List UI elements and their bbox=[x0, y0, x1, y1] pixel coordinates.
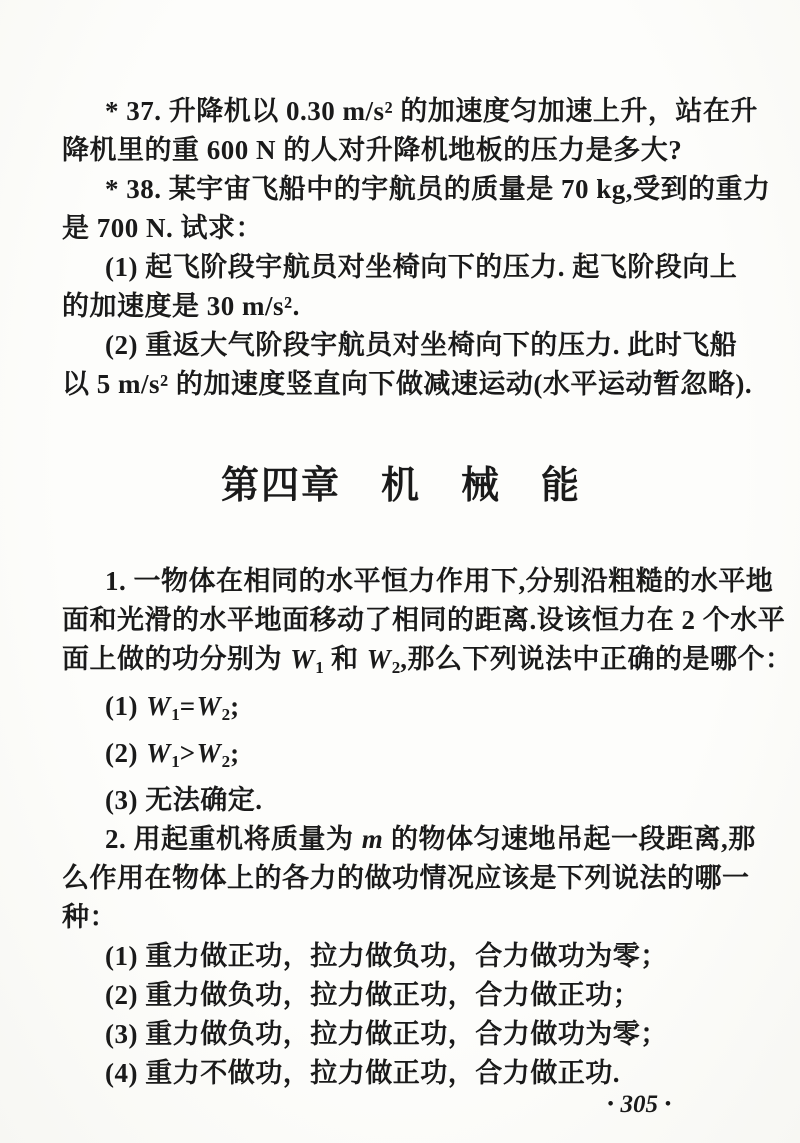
math-var-w: W bbox=[196, 738, 222, 768]
math-var-w: W bbox=[289, 644, 315, 674]
problem-38-line-1: * 38. 某宇宙飞船中的宇航员的质量是 70 kg,受到的重力 bbox=[62, 170, 740, 209]
math-subscript-2: 2 bbox=[392, 658, 401, 677]
math-var-w: W bbox=[145, 691, 171, 721]
problem-2-line-2: 么作用在物体上的各力的做功情况应该是下列说法的哪一 bbox=[62, 859, 740, 898]
equals-operator: = bbox=[180, 691, 196, 721]
problem-38-line-2: 是 700 N. 试求： bbox=[62, 209, 740, 248]
page-number: •305• bbox=[62, 1089, 740, 1120]
page-number-dot-left: • bbox=[601, 1094, 621, 1113]
problem-2-option-4: (4) 重力不做功，拉力做正功，合力做正功. bbox=[62, 1054, 740, 1093]
problem-2-option-2: (2) 重力做负功，拉力做正功，合力做正功； bbox=[62, 976, 740, 1015]
book-page: * 37. 升降机以 0.30 m/s² 的加速度匀加速上升，站在升 降机里的重… bbox=[0, 0, 800, 1143]
math-subscript-1: 1 bbox=[315, 658, 324, 677]
math-var-w: W bbox=[366, 644, 392, 674]
page-number-dot-right: • bbox=[658, 1094, 678, 1113]
problem-38-part-2-line-1: (2) 重返大气阶段宇航员对坐椅向下的压力. 此时飞船 bbox=[62, 326, 740, 365]
math-subscript-2: 2 bbox=[222, 705, 231, 724]
problem-1-line-3-text: 面上做的功分别为 bbox=[62, 644, 289, 674]
problem-2-line-1-text: 2. 用起重机将质量为 bbox=[105, 824, 361, 854]
option-label: (1) bbox=[105, 691, 145, 721]
page-content: * 37. 升降机以 0.30 m/s² 的加速度匀加速上升，站在升 降机里的重… bbox=[62, 92, 740, 1120]
problem-2-option-3: (3) 重力做负功，拉力做正功，合力做功为零； bbox=[62, 1015, 740, 1054]
math-subscript-1: 1 bbox=[171, 705, 180, 724]
problem-37-line-2: 降机里的重 600 N 的人对升降机地板的压力是多大? bbox=[62, 131, 740, 170]
problem-38-part-1-line-2: 的加速度是 30 m/s². bbox=[62, 287, 740, 326]
problem-1-line-2: 面和光滑的水平地面移动了相同的距离.设该恒力在 2 个水平 bbox=[62, 601, 740, 640]
math-subscript-2: 2 bbox=[222, 752, 231, 771]
problem-2-option-1: (1) 重力做正功，拉力做负功，合力做功为零； bbox=[62, 937, 740, 976]
problem-1-line-3: 面上做的功分别为 W1 和 W2,那么下列说法中正确的是哪个： bbox=[62, 640, 740, 687]
problem-1-line-3-tail: ,那么下列说法中正确的是哪个： bbox=[400, 644, 792, 674]
problem-2-line-1-tail: 的物体匀速地吊起一段距离,那 bbox=[384, 824, 756, 854]
option-end-punct: ; bbox=[230, 738, 240, 768]
problem-38-part-1-line-1: (1) 起飞阶段宇航员对坐椅向下的压力. 起飞阶段向上 bbox=[62, 248, 740, 287]
greater-than-operator: > bbox=[180, 738, 196, 768]
option-end-punct: ; bbox=[230, 691, 240, 721]
problem-38-part-2-line-2: 以 5 m/s² 的加速度竖直向下做减速运动(水平运动暂忽略). bbox=[62, 365, 740, 404]
problem-1-option-2: (2) W1>W2; bbox=[62, 734, 740, 781]
chapter-heading: 第四章 机 械 能 bbox=[62, 460, 740, 512]
math-var-w: W bbox=[196, 691, 222, 721]
math-var-w: W bbox=[145, 738, 171, 768]
problem-1-option-1: (1) W1=W2; bbox=[62, 687, 740, 734]
problem-1-option-3: (3) 无法确定. bbox=[62, 781, 740, 820]
problem-1-line-3-and: 和 bbox=[324, 644, 366, 674]
math-subscript-1: 1 bbox=[171, 752, 180, 771]
page-number-value: 305 bbox=[621, 1091, 659, 1118]
problem-2-line-3: 种： bbox=[62, 898, 740, 937]
problem-37-line-1: * 37. 升降机以 0.30 m/s² 的加速度匀加速上升，站在升 bbox=[62, 92, 740, 131]
math-var-m: m bbox=[361, 824, 384, 854]
option-label: (2) bbox=[105, 738, 145, 768]
problem-1-line-1: 1. 一物体在相同的水平恒力作用下,分别沿粗糙的水平地 bbox=[62, 562, 740, 601]
problem-2-line-1: 2. 用起重机将质量为 m 的物体匀速地吊起一段距离,那 bbox=[62, 820, 740, 859]
